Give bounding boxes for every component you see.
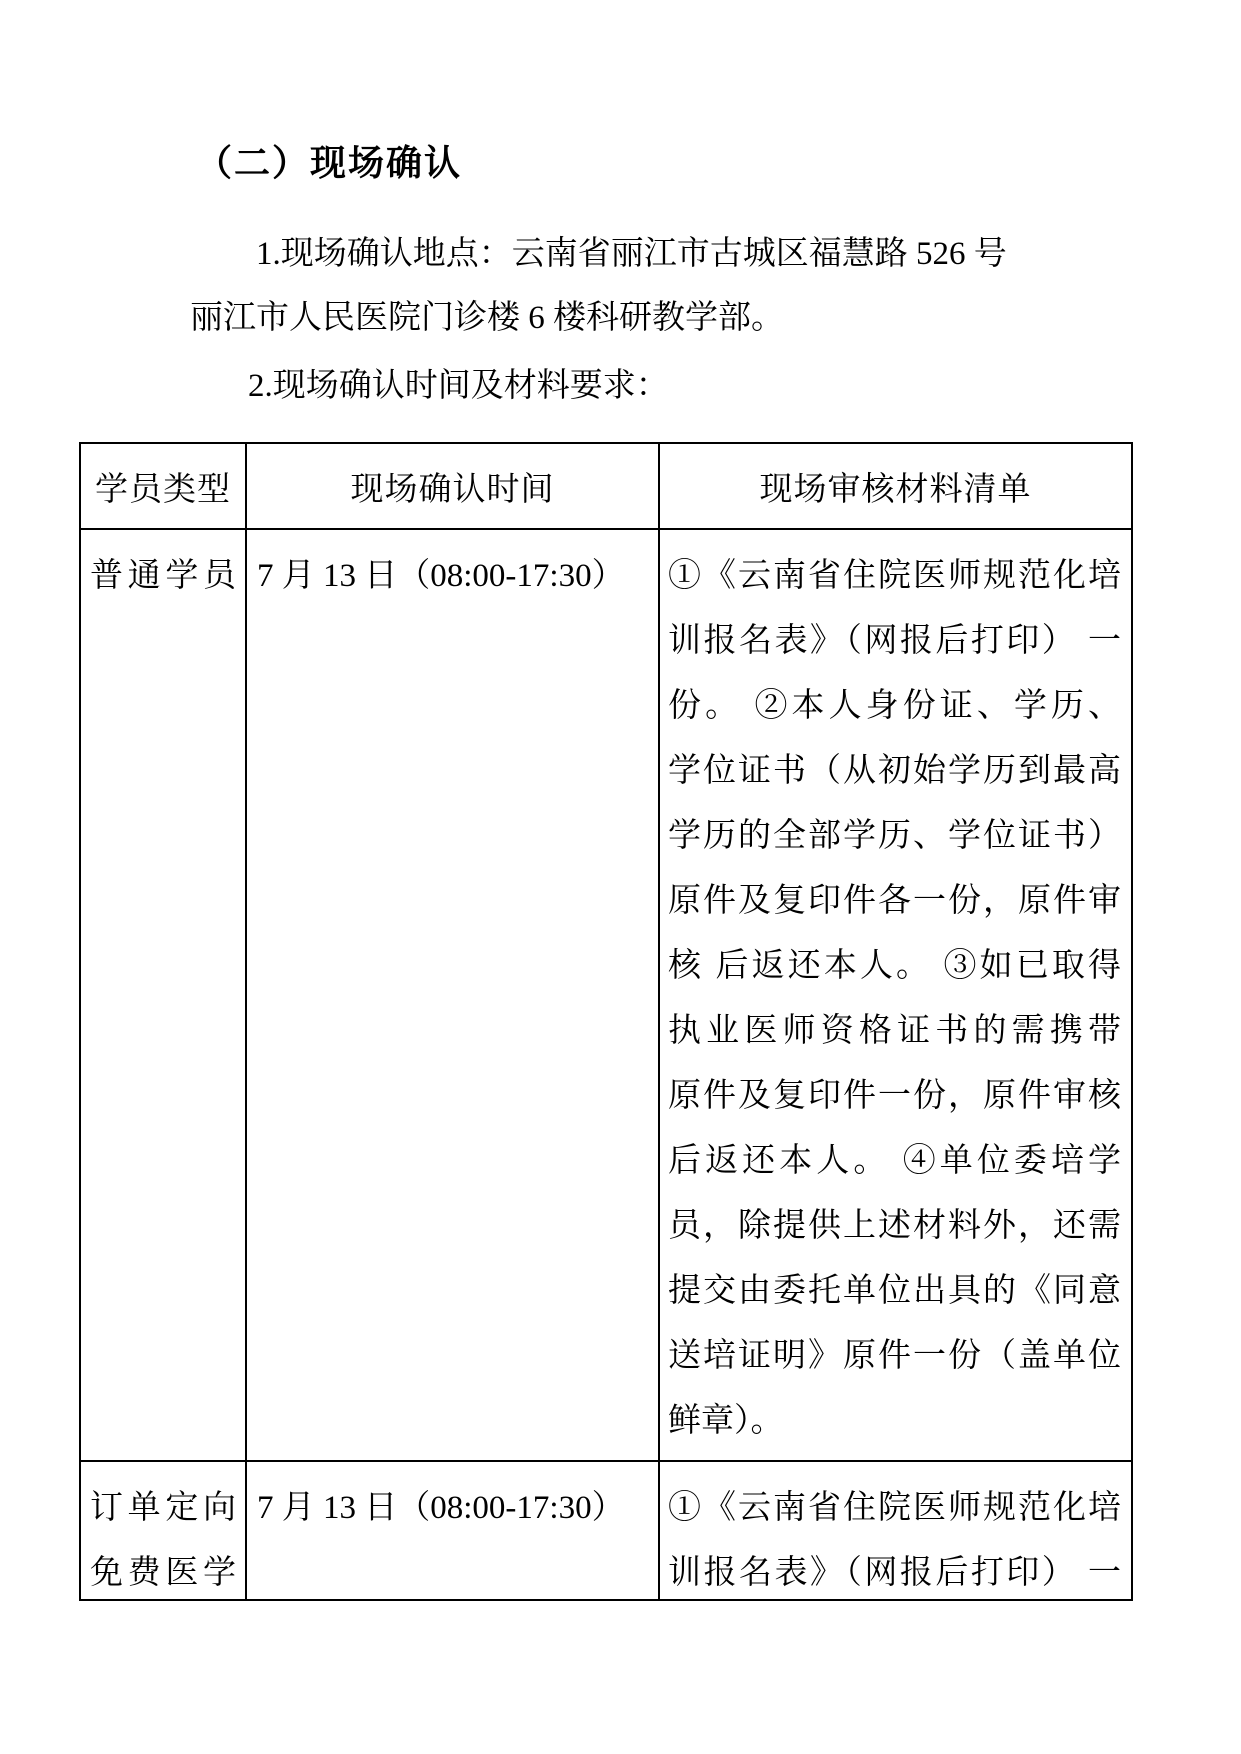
confirmation-table: 学员类型 现场确认时间 现场审核材料清单 普通学员 7 月 13 日（08:00… (79, 442, 1133, 1601)
cell-materials-row2: ①《云南省住院医师规范化培训报名表》（网报后打印） 一 (660, 1462, 1131, 1599)
cell-text-line: 后返还本人。 ④单位委培学 (668, 1129, 1121, 1194)
cell-confirm-time-row1: 7 月 13 日（08:00-17:30） (247, 530, 658, 1460)
paragraph-time-requirements: 2.现场确认时间及材料要求： (248, 366, 669, 406)
header-confirm-time: 现场确认时间 (247, 444, 658, 528)
cell-student-type-row2: 订单定向免费医学 (81, 1462, 245, 1599)
header-materials: 现场审核材料清单 (660, 444, 1131, 528)
cell-text-line: 原件及复印件一份，原件审核 (668, 1064, 1121, 1129)
cell-text-line: 普通学员 (90, 544, 236, 609)
cell-text-line: ①《云南省住院医师规范化培 (668, 1476, 1121, 1541)
cell-text-line: 原件及复印件各一份，原件审 (668, 869, 1121, 934)
header-student-type: 学员类型 (81, 444, 245, 528)
cell-text-line: 份。 ②本人身份证、学历、 (668, 674, 1121, 739)
cell-text-line: ①《云南省住院医师规范化培 (668, 544, 1121, 609)
cell-text-line: 7 月 13 日（08:00-17:30） (257, 544, 652, 609)
cell-text-line: 鲜章）。 (668, 1389, 1121, 1454)
paragraph-location-line2: 丽江市人民医院门诊楼 6 楼科研教学部。 (190, 298, 784, 338)
cell-student-type-row1: 普通学员 (81, 530, 245, 1460)
cell-text-line: 学位证书（从初始学历到最高 (668, 739, 1121, 804)
cell-text-line: 免费医学 (90, 1541, 236, 1599)
cell-text-line: 送培证明》原件一份（盖单位 (668, 1324, 1121, 1389)
document-page: （二）现场确认 1.现场确认地点：云南省丽江市古城区福慧路 526 号 丽江市人… (0, 0, 1241, 1754)
cell-text-line: 提交由委托单位出具的《同意 (668, 1259, 1121, 1324)
cell-text-line: 执业医师资格证书的需携带 (668, 999, 1121, 1064)
section-heading: （二）现场确认 (196, 141, 462, 185)
cell-text-line: 7 月 13 日（08:00-17:30） (257, 1476, 652, 1541)
cell-confirm-time-row2: 7 月 13 日（08:00-17:30） (247, 1462, 658, 1599)
cell-text-line: 订单定向 (90, 1476, 236, 1541)
cell-text-line: 训报名表》（网报后打印） 一 (668, 609, 1121, 674)
cell-text-line: 员，除提供上述材料外，还需 (668, 1194, 1121, 1259)
cell-text-line: 训报名表》（网报后打印） 一 (668, 1541, 1121, 1599)
cell-text-line: 学历的全部学历、学位证书） (668, 804, 1121, 869)
paragraph-location-line1: 1.现场确认地点：云南省丽江市古城区福慧路 526 号 (256, 234, 1007, 274)
cell-materials-row1: ①《云南省住院医师规范化培训报名表》（网报后打印） 一份。 ②本人身份证、学历、… (660, 530, 1131, 1460)
cell-text-line: 核 后返还本人。 ③如已取得 (668, 934, 1121, 999)
